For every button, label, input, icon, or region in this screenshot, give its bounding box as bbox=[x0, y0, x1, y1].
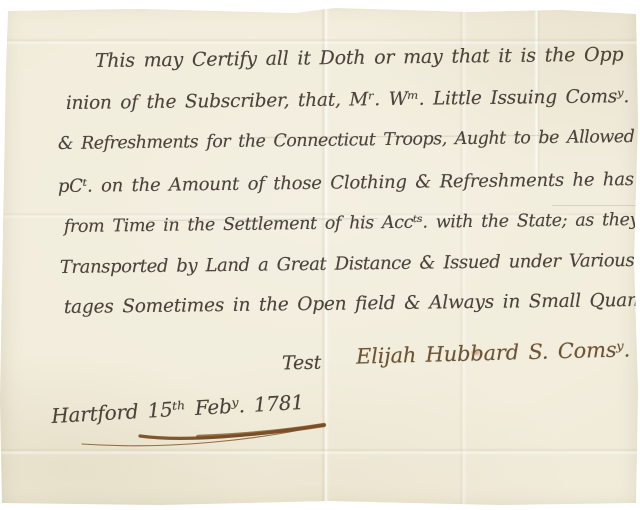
handwritten-line: & Refreshments for the Connecticut Troop… bbox=[58, 126, 640, 154]
attestation-test-label: Test bbox=[282, 352, 321, 375]
handwritten-line: Transported by Land a Great Distance & I… bbox=[60, 249, 640, 278]
handwritten-line: tages Sometimes in the Open field & Alwa… bbox=[64, 289, 640, 318]
signature-elijah-hubbard: Elijah Hubbard S. Comsʸ. bbox=[356, 337, 631, 368]
paper-sheet: This may Certify all it Doth or may that… bbox=[0, 0, 640, 510]
handwritten-line: pCᵗ. on the Amount of those Clothing & R… bbox=[58, 168, 640, 197]
handwritten-line: This may Certify all it Doth or may that… bbox=[95, 44, 624, 72]
pen-flourish-underline bbox=[78, 420, 328, 452]
faint-guide-line bbox=[552, 205, 638, 206]
handwritten-line: inion of the Subscriber, that, Mʳ. Wᵐ. L… bbox=[66, 86, 630, 114]
handwritten-line: from Time in the Settlement of his Accᵗˢ… bbox=[64, 209, 640, 237]
scanned-document-page: This may Certify all it Doth or may that… bbox=[0, 0, 640, 510]
